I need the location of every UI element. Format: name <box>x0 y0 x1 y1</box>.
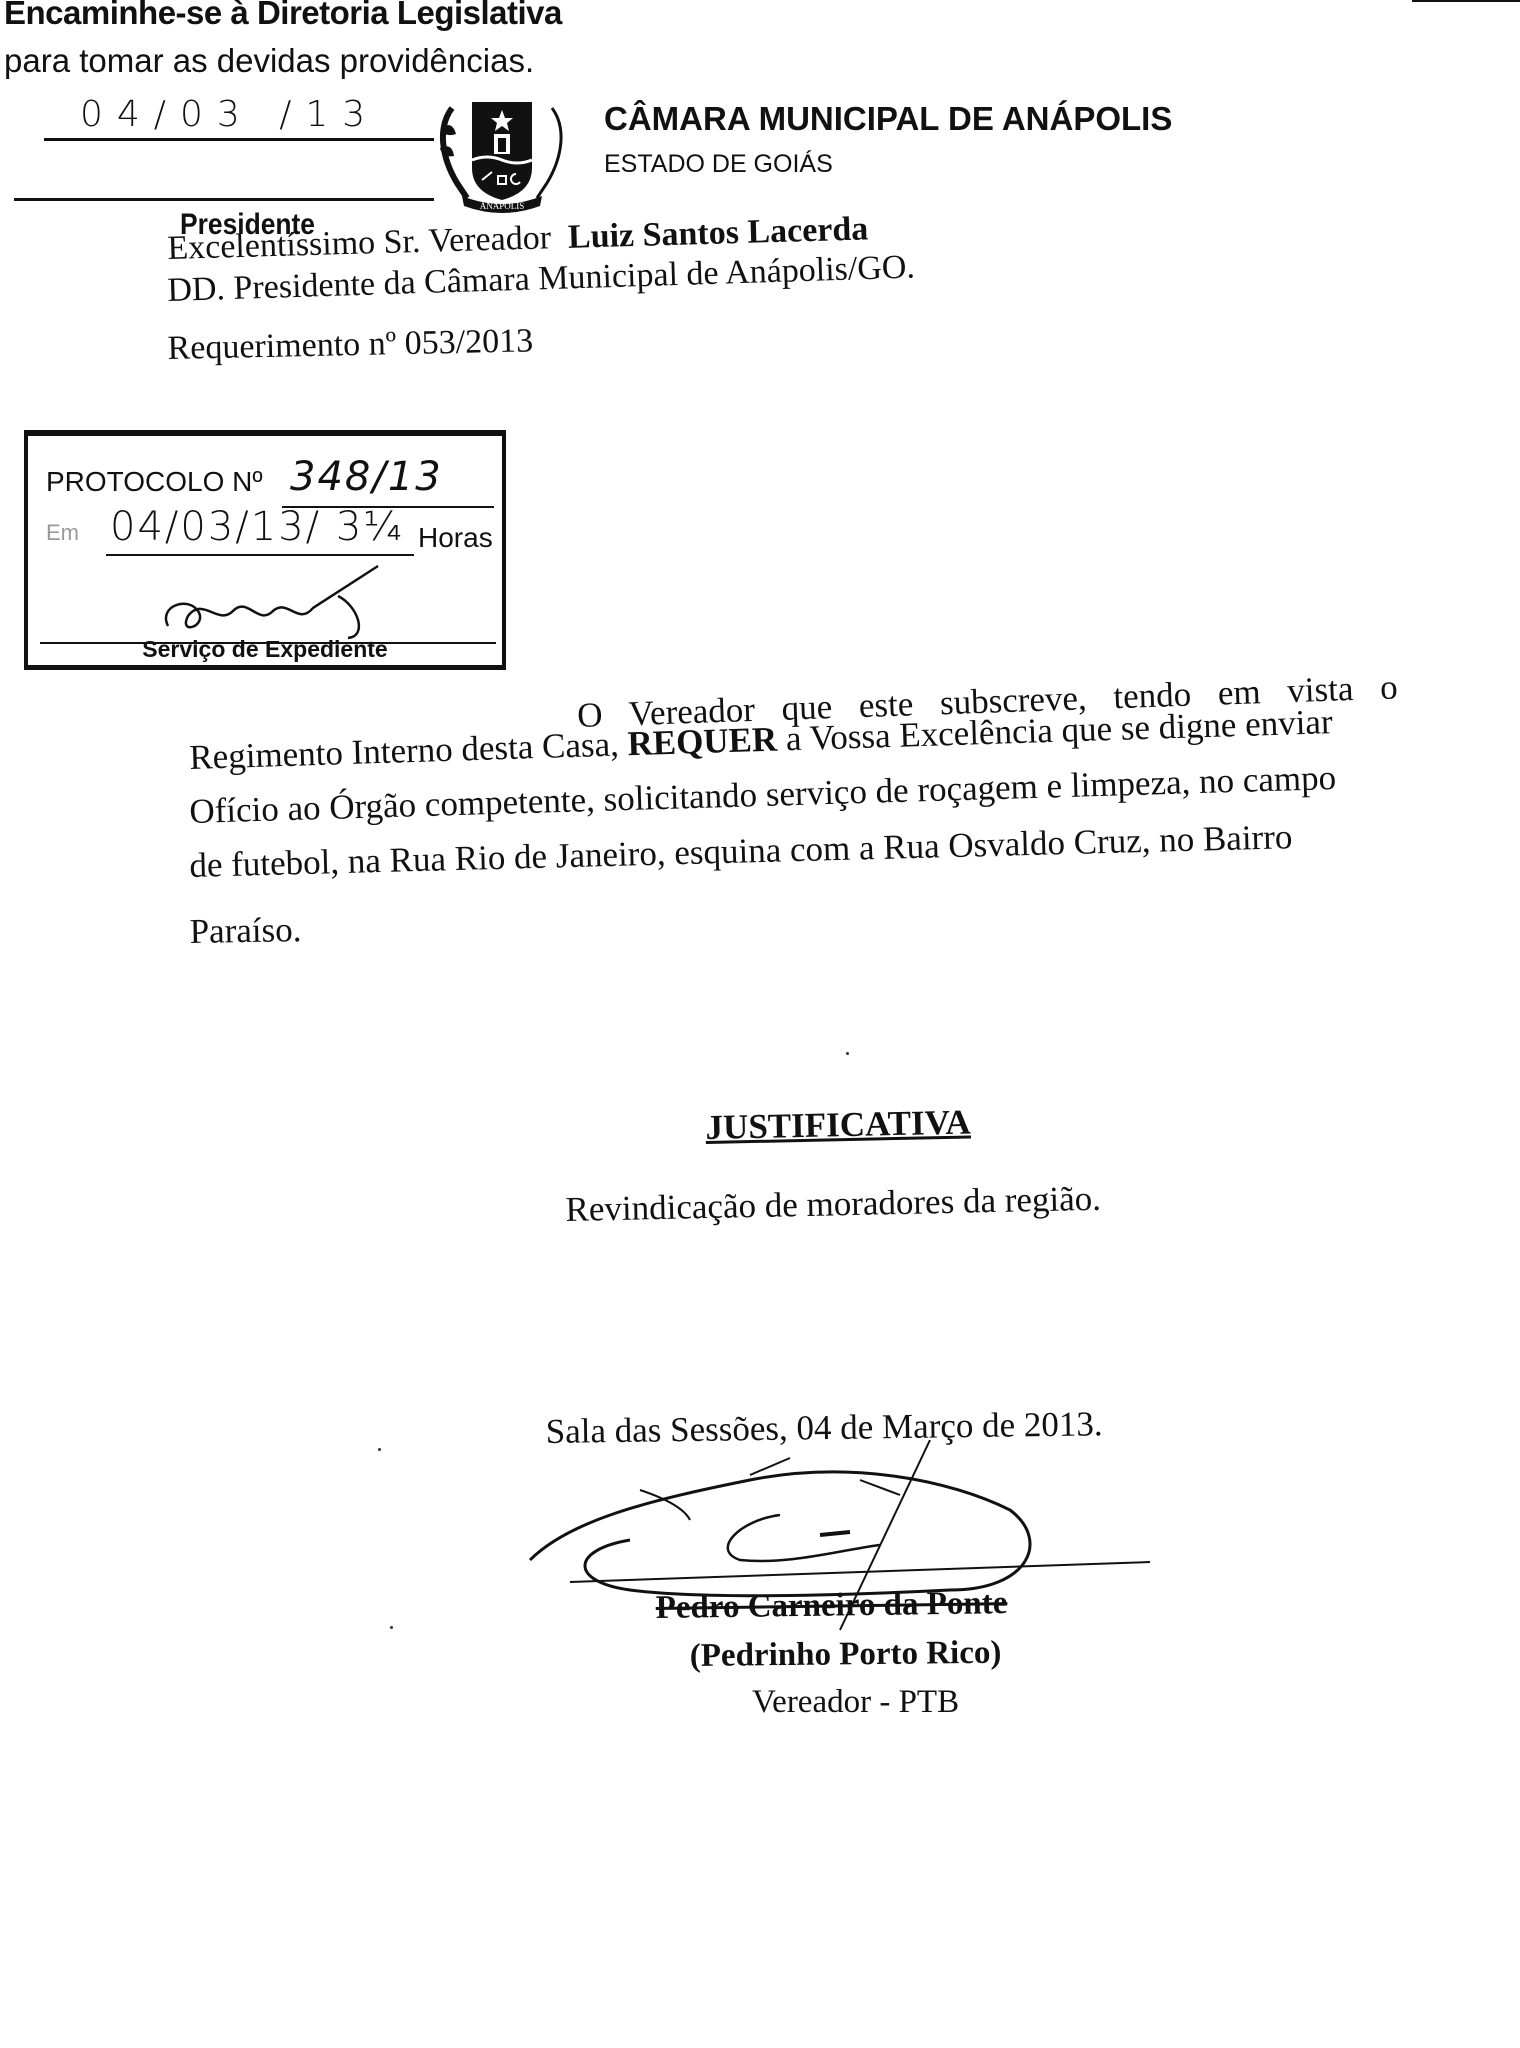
protocol-number: 348/13 <box>290 454 443 500</box>
protocol-footer: Serviço de Expediente <box>28 636 502 663</box>
svg-text:ANÁPOLIS: ANÁPOLIS <box>480 201 525 211</box>
justification-text: Revindicação de moradores da região. <box>565 1179 1101 1230</box>
body-line-5: Paraíso. <box>189 910 301 952</box>
protocol-date-time: 04/03/13/ 3¼ <box>110 504 404 550</box>
despacho-line-2: para tomar as devidas providências. <box>4 42 534 80</box>
justification-title: JUSTIFICATIVA <box>705 1102 971 1148</box>
scan-speck <box>390 1626 393 1629</box>
request-reference: Requerimento nº 053/2013 <box>167 322 533 368</box>
signer-nickname: (Pedrinho Porto Rico) <box>690 1635 1002 1675</box>
protocol-stamp: PROTOCOLO Nº 348/13 Em 04/03/13/ 3¼ Hora… <box>24 430 506 670</box>
signer-name: Pedro Carneiro da Ponte <box>655 1585 1007 1627</box>
despacho-line-1: Encaminhe-se à Diretoria Legislativa <box>4 0 562 32</box>
addressee-name: Luiz Santos Lacerda <box>567 210 868 255</box>
scan-speck <box>846 1052 849 1055</box>
protocol-hours-label: Horas <box>418 522 493 554</box>
clerk-signature-icon <box>148 556 408 646</box>
requer-keyword: REQUER <box>627 720 778 764</box>
protocol-date-prefix: Em <box>46 520 79 546</box>
scan-edge-line <box>1412 0 1520 2</box>
despacho-date: 04/03 /13 <box>80 94 379 135</box>
date-underline <box>44 138 434 141</box>
signature-line <box>14 198 434 201</box>
body-line-4: de futebol, na Rua Rio de Janeiro, esqui… <box>189 817 1293 886</box>
protocol-label: PROTOCOLO Nº <box>46 466 263 498</box>
state-name: ESTADO DE GOIÁS <box>604 150 833 179</box>
scan-speck <box>378 1448 381 1451</box>
body-line-2-start: Regimento Interno desta Casa, <box>189 724 628 777</box>
institution-name: CÂMARA MUNICIPAL DE ANÁPOLIS <box>604 100 1172 138</box>
coat-of-arms-icon: ANÁPOLIS <box>432 88 572 218</box>
signer-role: Vereador - PTB <box>752 1684 959 1721</box>
